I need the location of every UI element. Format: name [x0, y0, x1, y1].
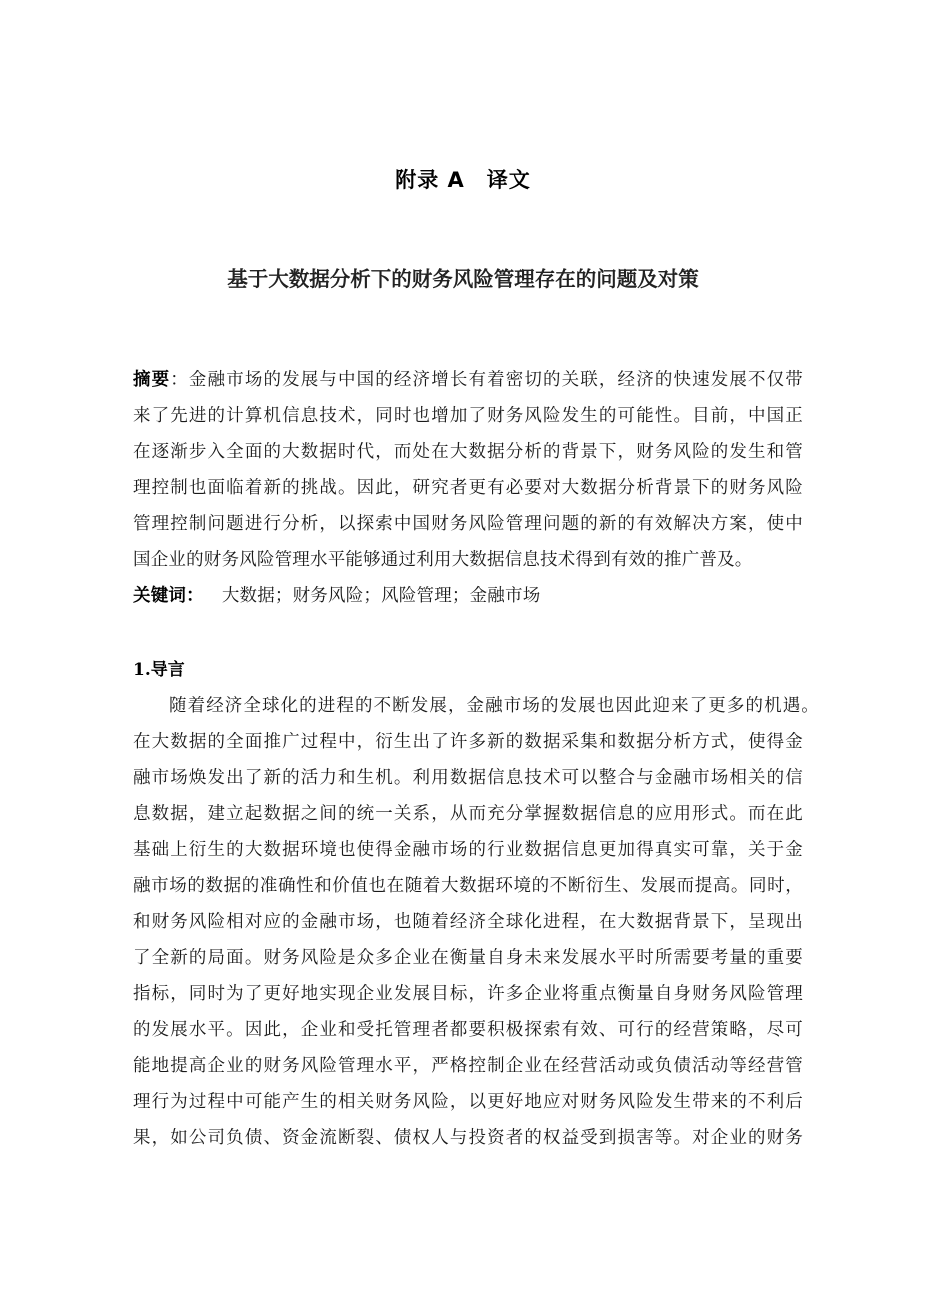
- paragraph-line: 和财务风险相对应的金融市场，也随着经济全球化进程，在大数据背景下，呈现出: [133, 904, 803, 940]
- paper-title: 基于大数据分析下的财务风险管理存在的问题及对策: [0, 262, 926, 292]
- paragraph-line: 息数据，建立起数据之间的统一关系，从而充分掌握数据信息的应用形式。而在此: [133, 796, 803, 832]
- abstract-line: 理控制也面临着新的挑战。因此，研究者更有必要对大数据分析背景下的财务风险: [133, 470, 803, 506]
- abstract-block: 摘要：金融市场的发展与中国的经济增长有着密切的关联，经济的快速发展不仅带 来了先…: [133, 362, 813, 614]
- paragraph-line: 融市场的数据的准确性和价值也在随着大数据环境的不断衍生、发展而提高。同时，: [133, 868, 803, 904]
- appendix-title: 附录 A 译文: [0, 164, 926, 194]
- document-page: 附录 A 译文 基于大数据分析下的财务风险管理存在的问题及对策 摘要：金融市场的…: [0, 0, 926, 1309]
- abstract-line: 国企业的财务风险管理水平能够通过利用大数据信息技术得到有效的推广普及。: [133, 542, 813, 578]
- paragraph-line: 基础上衍生的大数据环境也使得金融市场的行业数据信息更加得真实可靠，关于金: [133, 832, 803, 868]
- abstract-line: 来了先进的计算机信息技术，同时也增加了财务风险发生的可能性。目前，中国正: [133, 398, 803, 434]
- section-heading: 1.导言: [133, 652, 813, 688]
- abstract-label: 摘要: [133, 370, 170, 390]
- paragraph-line: 随着经济全球化的进程的不断发展，金融市场的发展也因此迎来了更多的机遇。: [133, 688, 819, 724]
- abstract-label-colon: ：: [170, 370, 189, 390]
- paragraph-line: 理行为过程中可能产生的相关财务风险，以更好地应对财务风险发生带来的不利后: [133, 1084, 803, 1120]
- abstract-line: 在逐渐步入全面的大数据时代，而处在大数据分析的背景下，财务风险的发生和管: [133, 434, 803, 470]
- abstract-line: 管理控制问题进行分析，以探索中国财务风险管理问题的新的有效解决方案，使中: [133, 506, 803, 542]
- paragraph-line: 融市场焕发出了新的活力和生机。利用数据信息技术可以整合与金融市场相关的信: [133, 760, 803, 796]
- keywords-label: 关键词：: [133, 586, 204, 606]
- keywords-text: 大数据；财务风险；风险管理；金融市场: [222, 586, 541, 606]
- keywords-line: 关键词：大数据；财务风险；风险管理；金融市场: [133, 578, 813, 614]
- paragraph-line: 果，如公司负债、资金流断裂、债权人与投资者的权益受到损害等。对企业的财务: [133, 1120, 803, 1156]
- paragraph-line: 的发展水平。因此，企业和受托管理者都要积极探索有效、可行的经营策略，尽可: [133, 1012, 803, 1048]
- paragraph-line: 指标，同时为了更好地实现企业发展目标，许多企业将重点衡量自身财务风险管理: [133, 976, 803, 1012]
- abstract-text: 金融市场的发展与中国的经济增长有着密切的关联，经济的快速发展不仅带: [189, 370, 803, 390]
- paragraph-line: 能地提高企业的财务风险管理水平，严格控制企业在经营活动或负债活动等经营管: [133, 1048, 803, 1084]
- abstract-line: 摘要：金融市场的发展与中国的经济增长有着密切的关联，经济的快速发展不仅带: [133, 362, 803, 398]
- paragraph-line: 了全新的局面。财务风险是众多企业在衡量自身未来发展水平时所需要考量的重要: [133, 940, 803, 976]
- paragraph-line: 在大数据的全面推广过程中，衍生出了许多新的数据采集和数据分析方式，使得金: [133, 724, 803, 760]
- section-1: 1.导言 随着经济全球化的进程的不断发展，金融市场的发展也因此迎来了更多的机遇。…: [133, 652, 813, 1156]
